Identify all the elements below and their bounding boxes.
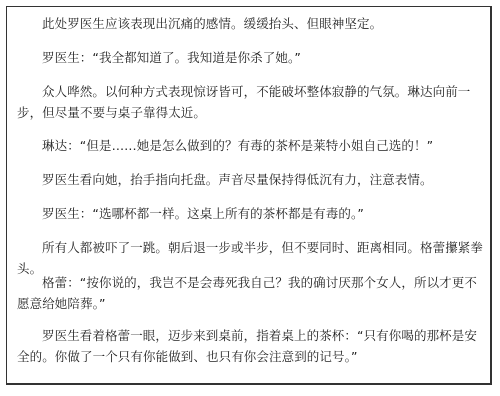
paragraph-dialogue-grey: 格蕾：“按你说的，我岂不是会毒死我自己？我的确讨厌那个女人，所以才更不愿意给她陪… (17, 272, 487, 314)
paragraph-dialogue-luo-3: 罗医生看着格蕾一眼，迈步来到桌前，指着桌上的茶杯：“只有你喝的那杯是安全的。你做… (17, 325, 487, 367)
paragraph-dialogue-luo-2: 罗医生：“选哪杯都一样。这桌上所有的茶杯都是有毒的。” (17, 203, 487, 224)
paragraph-stage-direction-2: 众人哗然。以何种方式表现惊讶皆可，不能破坏整体寂静的气氛。琳达向前一步，但尽量不… (17, 81, 487, 123)
paragraph-dialogue-linda: 琳达：“但是……她是怎么做到的？有毒的茶杯是莱特小姐自己选的！” (17, 135, 487, 156)
script-document: 此处罗医生应该表现出沉痛的感情。缓缓抬头、但眼神坚定。 罗医生：“我全都知道了。… (6, 6, 492, 385)
paragraph-stage-direction-3: 罗医生看向她，抬手指向托盘。声音尽量保持得低沉有力，注意表情。 (17, 169, 487, 190)
paragraph-stage-direction-1: 此处罗医生应该表现出沉痛的感情。缓缓抬头、但眼神坚定。 (17, 13, 487, 34)
paragraph-dialogue-luo-1: 罗医生：“我全都知道了。我知道是你杀了她。” (17, 47, 487, 68)
